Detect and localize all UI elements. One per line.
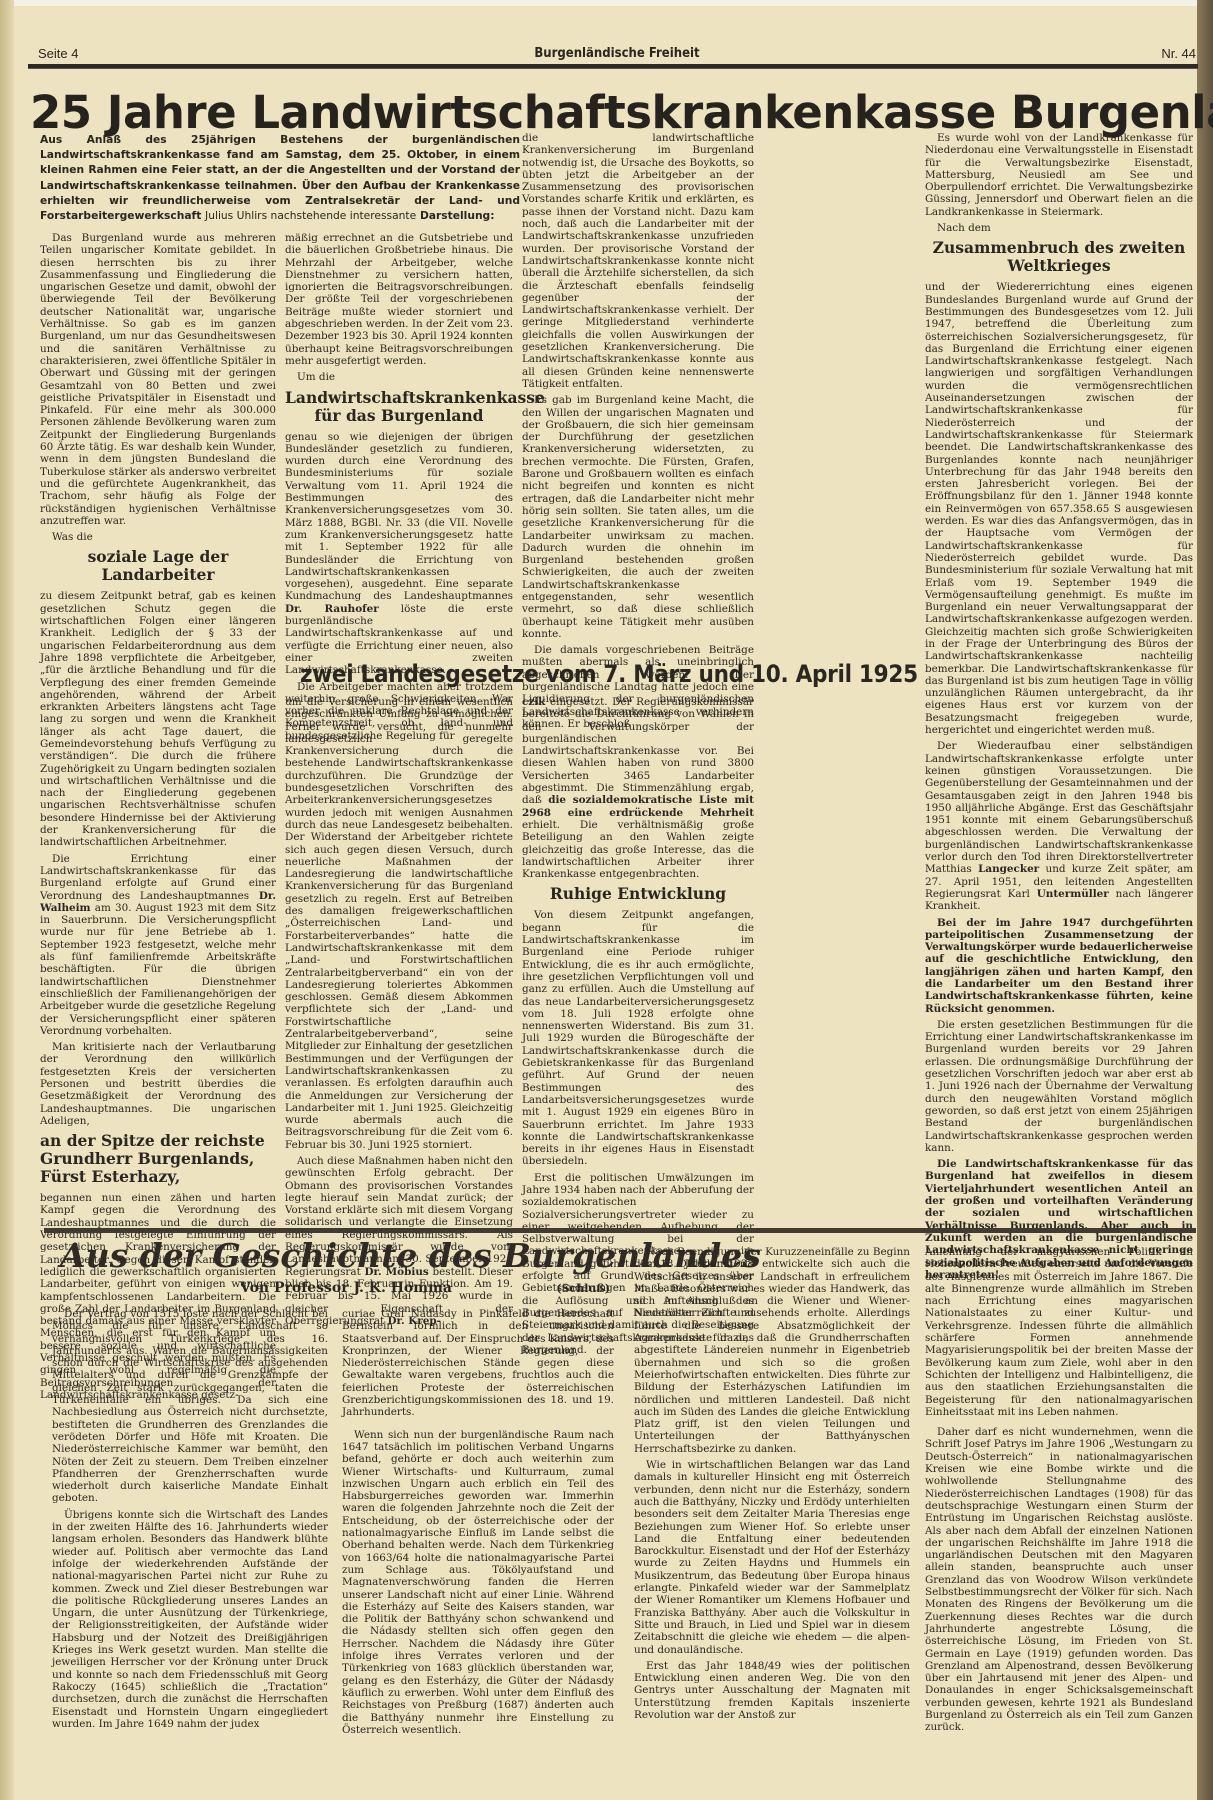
paragraph: Nach Beendigung der Kuruzzeneinfälle zu … bbox=[634, 1246, 910, 1455]
paragraph: Von diesem Zeitpunkt angefangen, begann … bbox=[522, 909, 754, 1167]
scan-top-edge bbox=[0, 0, 1213, 6]
article-divider bbox=[44, 1228, 1196, 1233]
paragraph: Um die bbox=[285, 371, 513, 383]
text: genau so wie diejenigen der übrigen Bund… bbox=[285, 431, 513, 603]
paragraph: Die Errichtung einer Landwirtschaftskran… bbox=[40, 853, 276, 1037]
paragraph: Die ersten gesetzlichen Bestimmungen für… bbox=[925, 1019, 1193, 1154]
subheading: an der Spitze der reichste Grundherr Bur… bbox=[40, 1132, 276, 1186]
person-name: Untermüller bbox=[1037, 888, 1109, 900]
newspaper-page: Seite 4 Burgenländische Freiheit Nr. 44 … bbox=[0, 0, 1213, 1800]
article2-column-1: Der Vertrag von 1515 löste nach der Schl… bbox=[52, 1308, 328, 1734]
masthead: Seite 4 Burgenländische Freiheit Nr. 44 bbox=[38, 46, 1196, 66]
continuation-note: (Schluß) bbox=[556, 1282, 610, 1295]
person-name: Langecker bbox=[978, 863, 1039, 875]
author: Von Professor J. K. Homma bbox=[240, 1280, 452, 1296]
paragraph: Der Wiederaufbau einer selbständigen Lan… bbox=[925, 740, 1193, 912]
newspaper-name: Burgenländische Freiheit bbox=[38, 46, 1196, 61]
article2-title: Aus der Geschichte des Burgenlandes bbox=[60, 1236, 620, 1275]
paragraph: Daher darf es nicht wundernehmen, wenn d… bbox=[925, 1426, 1193, 1733]
paragraph: Der Vertrag von 1515 löste nach der Schl… bbox=[52, 1308, 328, 1505]
paragraph: mäßig errechnet an die Gutsbetriebe und … bbox=[285, 232, 513, 367]
text: eingesetzt. Der Regierungskommissär bere… bbox=[522, 696, 754, 806]
subheading: soziale Lage der Landarbeiter bbox=[40, 548, 276, 584]
paragraph: Es wurde wohl von der Landkrankenkasse f… bbox=[925, 132, 1193, 218]
text: erhielt. Die verhältnismäßig große Betei… bbox=[522, 819, 754, 880]
masthead-rule bbox=[28, 64, 1198, 69]
text: Die Errichtung einer Landwirtschaftskran… bbox=[40, 853, 276, 902]
issue-number: Nr. 44 bbox=[1161, 46, 1196, 61]
paragraph: czik eingesetzt. Der Regierungskommissär… bbox=[522, 696, 754, 880]
lead-end: Darstellung: bbox=[420, 209, 495, 222]
paragraph: die landwirtschaftliche Krankenversicher… bbox=[522, 132, 754, 390]
paragraph: und der Wiedererrichtung eines eigenen B… bbox=[925, 281, 1193, 736]
paragraph: Das Burgenland wurde aus mehreren Teilen… bbox=[40, 232, 276, 527]
subheading: Landwirtschaftskrankenkasse für das Burg… bbox=[285, 389, 513, 425]
subheading: Ruhige Entwicklung bbox=[522, 885, 754, 903]
wide-subheading: zwei Landesgesetze vom 7. März und 10. A… bbox=[300, 660, 890, 688]
paragraph: Anlehnung der magyarischen Politik an Ho… bbox=[925, 1246, 1193, 1418]
highlight: die sozialdemokratische Liste mit 2968 e… bbox=[522, 794, 754, 818]
person-name: czik bbox=[522, 696, 545, 708]
text: Der Wiederaufbau einer selbständigen Lan… bbox=[925, 740, 1193, 875]
paragraph: Wie in wirtschaftlichen Belangen war das… bbox=[634, 1459, 910, 1656]
paragraph: curiae Graf Nádasdy in Pinkafeld die Her… bbox=[342, 1308, 614, 1419]
article2-column-3: Nach Beendigung der Kuruzzeneinfälle zu … bbox=[634, 1246, 910, 1725]
paragraph: um die Versicherung in einem wesentlich … bbox=[285, 696, 513, 1151]
subheading: Zusammenbruch des zweiten Weltkrieges bbox=[925, 239, 1193, 275]
paragraph: Nach dem bbox=[925, 222, 1193, 234]
paragraph: Was die bbox=[40, 531, 276, 543]
article1-column-4: Es wurde wohl von der Landkrankenkasse f… bbox=[925, 132, 1193, 1285]
article1-column-3: die landwirtschaftliche Krankenversicher… bbox=[522, 132, 754, 734]
article-lead: Aus Anlaß des 25jährigen Bestehens der b… bbox=[40, 132, 520, 223]
article2-column-2: curiae Graf Nádasdy in Pinkafeld die Her… bbox=[342, 1308, 614, 1740]
paragraph: Bei der im Jahre 1947 durchgeführten par… bbox=[925, 917, 1193, 1015]
page-right-edge bbox=[1197, 0, 1213, 1800]
person-name: Dr. Rauhofer bbox=[285, 603, 379, 615]
paragraph: Wenn sich nun der burgenländische Raum n… bbox=[342, 1429, 614, 1736]
paragraph: Erst das Jahr 1848/49 wies der politisch… bbox=[634, 1660, 910, 1721]
paragraph: Übrigens konnte sich die Wirtschaft des … bbox=[52, 1509, 328, 1730]
paragraph: genau so wie diejenigen der übrigen Bund… bbox=[285, 431, 513, 677]
text: am 30. August 1923 mit dem Sitz in Sauer… bbox=[40, 902, 276, 1037]
paragraph: zu diesem Zeitpunkt betraf, gab es keine… bbox=[40, 590, 276, 848]
paragraph: Man kritisierte nach der Verlautbarung d… bbox=[40, 1041, 276, 1127]
page-binding-edge bbox=[0, 0, 14, 1800]
paragraph: Es gab im Burgenland keine Macht, die de… bbox=[522, 394, 754, 640]
lead-author: Julius Uhlirs nachstehende interessante bbox=[205, 209, 416, 222]
article2-column-4: Anlehnung der magyarischen Politik an Ho… bbox=[925, 1246, 1193, 1738]
